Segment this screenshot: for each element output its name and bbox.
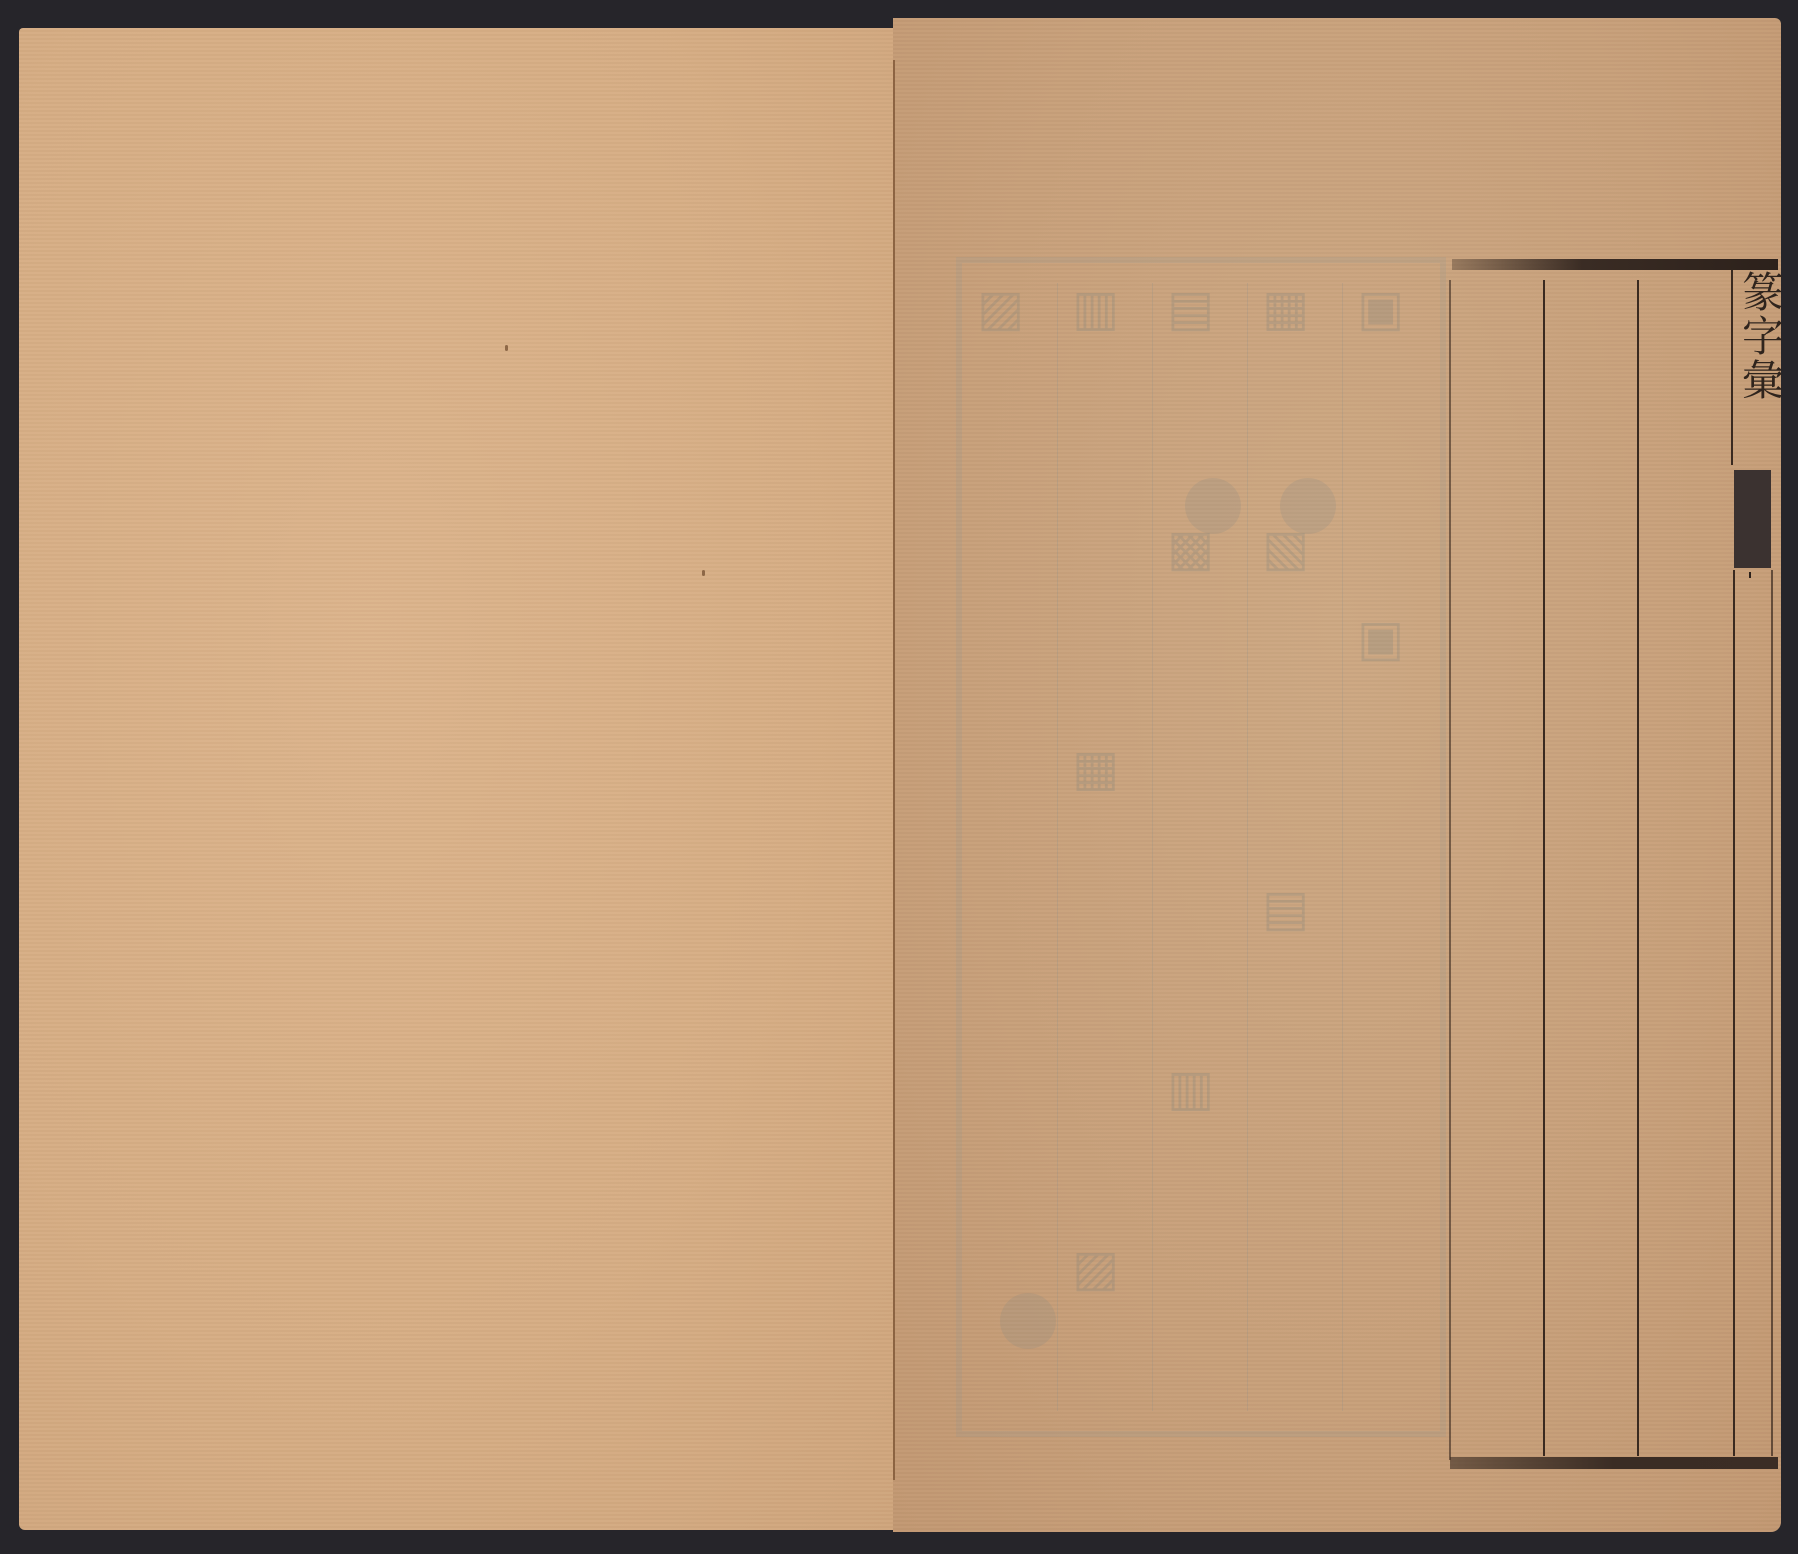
ghost-round-seal <box>1185 478 1241 534</box>
column-rule <box>1733 570 1735 1456</box>
frame-right-rule <box>1771 570 1773 1456</box>
ghost-glyph: ▥ <box>1167 1063 1214 1113</box>
ghost-glyph: ▧ <box>1072 1243 1119 1293</box>
margin-book-title: 篆字彙 <box>1738 270 1782 402</box>
paper-speck <box>702 570 705 576</box>
ghost-round-seal <box>1280 478 1336 534</box>
ghost-glyph: ▧ <box>977 283 1024 333</box>
frame-bottom-rule <box>1450 1457 1778 1469</box>
fishtail-mark <box>1749 572 1751 578</box>
frame-top-rule <box>1452 259 1778 270</box>
ghost-glyph: ▦ <box>1072 743 1119 793</box>
column-rule <box>1637 280 1639 1456</box>
show-through-frame: ▣ ▦ ▤ ▥ ▧ ▨ ▩ ▣ ▦ ▤ ▥ ▧ <box>956 257 1446 1437</box>
ghost-glyph: ▦ <box>1262 283 1309 333</box>
ghost-round-seal <box>1000 1293 1056 1349</box>
black-mouth-block <box>1734 470 1771 568</box>
ghost-glyph: ▤ <box>1167 283 1214 333</box>
ghost-glyph: ▤ <box>1262 883 1309 933</box>
column-rule <box>1731 270 1733 465</box>
ghost-glyph: ▣ <box>1357 283 1404 333</box>
ghost-column-rule <box>1152 283 1153 1411</box>
frame-left-rule <box>1449 280 1451 1460</box>
ghost-column-rule <box>1247 283 1248 1411</box>
ghost-glyph: ▥ <box>1072 283 1119 333</box>
spine-gutter <box>893 60 895 1480</box>
left-page-blank <box>19 28 895 1530</box>
ghost-column-rule <box>1342 283 1343 1411</box>
paper-speck <box>505 345 508 351</box>
ghost-glyph: ▣ <box>1357 613 1404 663</box>
ghost-column-rule <box>1057 283 1058 1411</box>
column-rule <box>1543 280 1545 1456</box>
